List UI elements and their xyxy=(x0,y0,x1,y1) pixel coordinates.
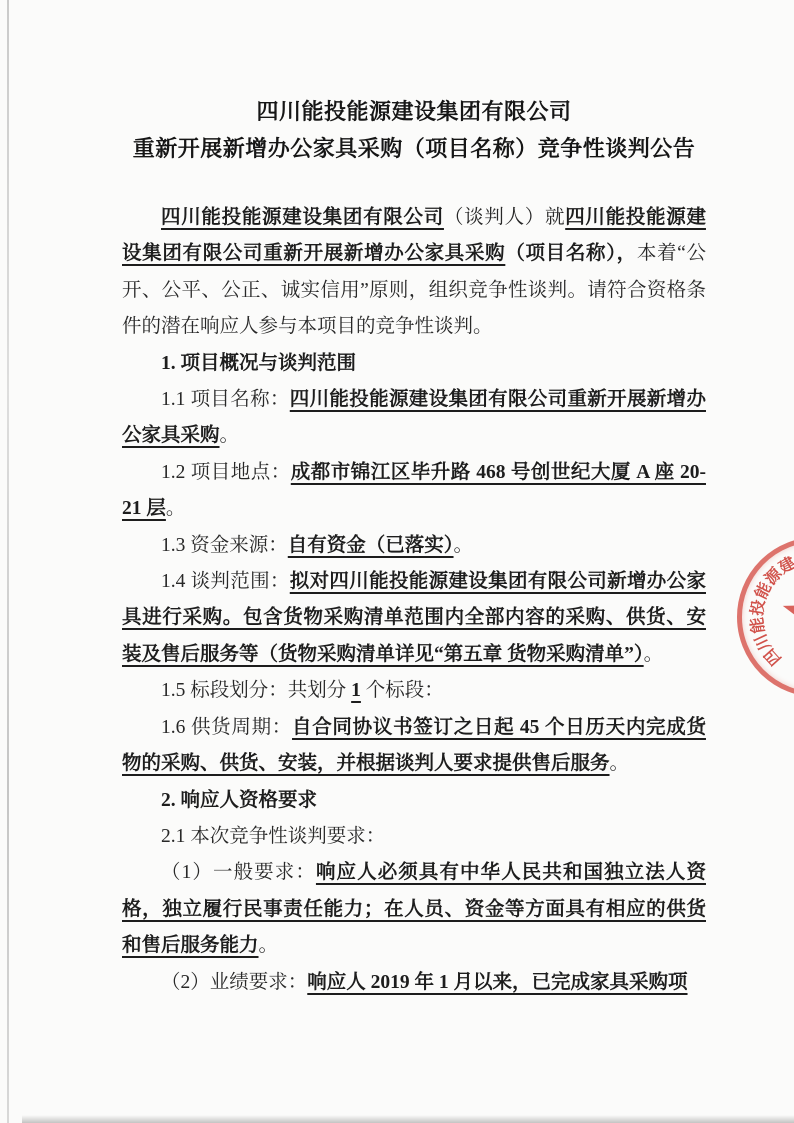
text-segment: 1.1 项目名称： xyxy=(161,389,290,410)
text-segment: （谈判人）就 xyxy=(444,207,565,228)
text-segment: （项目名称）， xyxy=(505,243,636,264)
scan-edge-artifact-left xyxy=(7,0,9,1123)
document-title-line-1: 四川能投能源建设集团有限公司 xyxy=(122,96,706,128)
text-segment: 2.1 本次竞争性谈判要求： xyxy=(161,826,385,847)
paragraph-intro: 四川能投能源建设集团有限公司（谈判人）就四川能投能源建设集团有限公司重新开展新增… xyxy=(122,200,706,346)
clause-2-1-requirements: 2.1 本次竞争性谈判要求： xyxy=(122,819,706,855)
text-segment: 。 xyxy=(166,498,186,519)
clause-1-2-project-location: 1.2 项目地点：成都市锦江区毕升路 468 号创世纪大厦 A 座 20-21 … xyxy=(122,455,706,528)
document-title-line-2: 重新开展新增办公家具采购（项目名称）竞争性谈判公告 xyxy=(122,133,706,165)
clause-1-5-bid-sections: 1.5 标段划分：共划分 1 个标段： xyxy=(122,673,706,709)
text-segment: 。 xyxy=(259,935,279,956)
seal-char: 四 xyxy=(758,644,786,671)
document-content: 四川能投能源建设集团有限公司 重新开展新增办公家具采购（项目名称）竞争性谈判公告… xyxy=(122,96,706,1001)
text-segment: 1.2 项目地点： xyxy=(161,462,291,483)
text-segment: 1.4 谈判范围： xyxy=(161,571,290,592)
document-body: 四川能投能源建设集团有限公司（谈判人）就四川能投能源建设集团有限公司重新开展新增… xyxy=(122,200,706,1001)
text-segment: 四川能投能源建设集团有限公司 xyxy=(161,207,444,228)
seal-char: 能 xyxy=(748,578,776,602)
text-segment: 。 xyxy=(454,535,474,556)
text-segment: 个标段： xyxy=(361,680,444,701)
heading-text: 1. 项目概况与谈判范围 xyxy=(161,353,356,374)
clause-2-1-general-requirement: （1）一般要求：响应人必须具有中华人民共和国独立法人资格，独立履行民事责任能力；… xyxy=(122,855,706,964)
text-segment: 响应人 2019 年 1 月以来，已完成家具采购项 xyxy=(307,972,687,993)
clause-2-2-performance-requirement: （2）业绩要求：响应人 2019 年 1 月以来，已完成家具采购项 xyxy=(122,965,706,1001)
clause-1-3-fund-source: 1.3 资金来源：自有资金（已落实）。 xyxy=(122,528,706,564)
seal-char: 源 xyxy=(759,562,787,589)
scan-edge-artifact-bottom xyxy=(22,1115,794,1123)
seal-char: 川 xyxy=(748,631,776,655)
clause-1-4-negotiation-scope: 1.4 谈判范围：拟对四川能投能源建设集团有限公司新增办公家具进行采购。包含货物… xyxy=(122,564,706,673)
text-segment: 。 xyxy=(220,425,240,446)
text-segment: 。 xyxy=(644,644,664,665)
heading-section-1: 1. 项目概况与谈判范围 xyxy=(122,346,706,382)
text-segment: 。 xyxy=(610,753,630,774)
text-segment: 1 xyxy=(351,680,361,701)
seal-ring xyxy=(737,537,794,697)
seal-char: 建 xyxy=(774,550,794,578)
text-segment: 1.5 标段划分：共划分 xyxy=(161,680,351,701)
text-segment: （2）业绩要求： xyxy=(161,972,307,993)
text-segment: （1）一般要求： xyxy=(161,862,316,883)
text-segment: 1.6 供货周期： xyxy=(161,717,292,738)
clause-1-6-supply-period: 1.6 供货周期：自合同协议书签订之日起 45 个日历天内完成货物的采购、供货、… xyxy=(122,710,706,783)
official-seal: 四 川 能 投 能 源 建 设 xyxy=(737,537,794,697)
seal-char: 投 xyxy=(744,598,769,617)
heading-text: 2. 响应人资格要求 xyxy=(161,790,317,811)
text-segment: 自有资金（已落实） xyxy=(288,535,454,556)
seal-star-icon xyxy=(737,537,794,697)
clause-1-1-project-name: 1.1 项目名称：四川能投能源建设集团有限公司重新开展新增办公家具采购。 xyxy=(122,382,706,455)
seal-char: 能 xyxy=(744,616,769,635)
text-segment: 1.3 资金来源： xyxy=(161,535,288,556)
document-page: 四川能投能源建设集团有限公司 重新开展新增办公家具采购（项目名称）竞争性谈判公告… xyxy=(0,0,794,1123)
heading-section-2: 2. 响应人资格要求 xyxy=(122,783,706,819)
